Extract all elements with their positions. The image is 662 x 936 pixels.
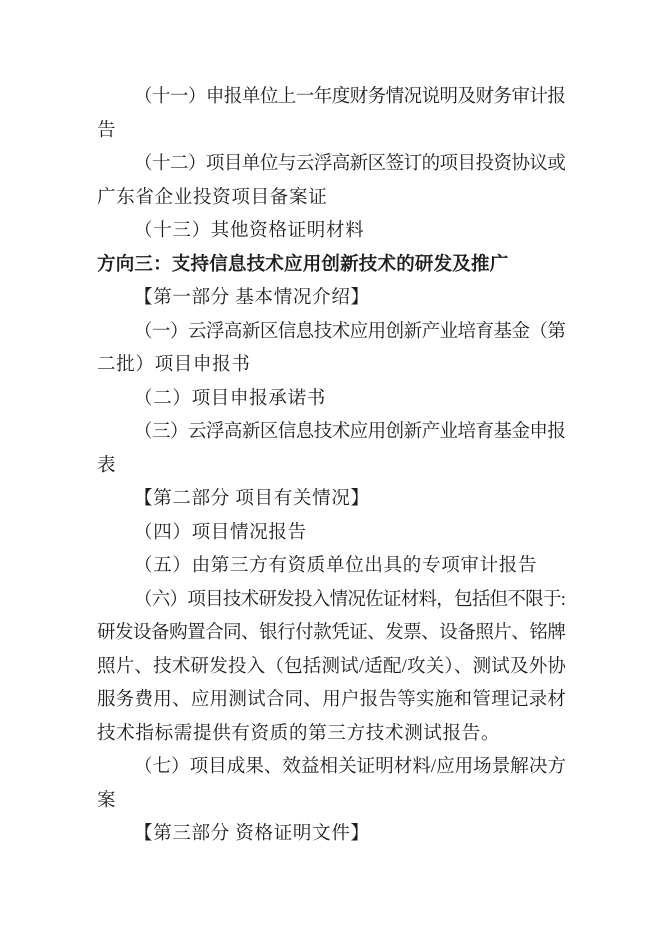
- item-13: （十三）其他资格证明材料: [97, 215, 565, 249]
- item-6-line-4: 服务费用、应用测试合同、用户报告等实施和管理记录材料，: [97, 684, 565, 718]
- item-6-line-3: 照片、技术研发投入（包括测试/适配/攻关）、测试及外协: [97, 651, 565, 685]
- section-header-part-2: 【第二部分 项目有关情况】: [97, 483, 565, 517]
- item-11-line-2: 告: [97, 115, 565, 149]
- item-3-line-2: 表: [97, 450, 565, 484]
- item-1-line-2: 二批）项目申报书: [97, 349, 565, 383]
- item-7-line-1: （七）项目成果、效益相关证明材料/应用场景解决方: [97, 751, 565, 785]
- item-11-line-1: （十一）申报单位上一年度财务情况说明及财务审计报: [97, 81, 565, 115]
- section-header-part-1: 【第一部分 基本情况介绍】: [97, 282, 565, 316]
- item-6-line-5: 技术指标需提供有资质的第三方技术测试报告。: [97, 718, 565, 752]
- item-7-line-2: 案: [97, 785, 565, 819]
- item-3-line-1: （三）云浮高新区信息技术应用创新产业培育基金申报: [97, 416, 565, 450]
- item-12-line-1: （十二）项目单位与云浮高新区签订的项目投资协议或: [97, 148, 565, 182]
- item-5: （五）由第三方有资质单位出具的专项审计报告: [97, 550, 565, 584]
- heading-direction-3: 方向三：支持信息技术应用创新技术的研发及推广: [97, 249, 565, 283]
- item-6-line-1: （六）项目技术研发投入情况佐证材料，包括但不限于:: [97, 584, 565, 618]
- item-2: （二）项目申报承诺书: [97, 383, 565, 417]
- item-6-line-2: 研发设备购置合同、银行付款凭证、发票、设备照片、铭牌: [97, 617, 565, 651]
- item-4: （四）项目情况报告: [97, 517, 565, 551]
- item-1-line-1: （一）云浮高新区信息技术应用创新产业培育基金（第: [97, 316, 565, 350]
- item-12-line-2: 广东省企业投资项目备案证: [97, 182, 565, 216]
- document-page: （十一）申报单位上一年度财务情况说明及财务审计报 告 （十二）项目单位与云浮高新…: [0, 0, 662, 936]
- section-header-part-3: 【第三部分 资格证明文件】: [97, 818, 565, 852]
